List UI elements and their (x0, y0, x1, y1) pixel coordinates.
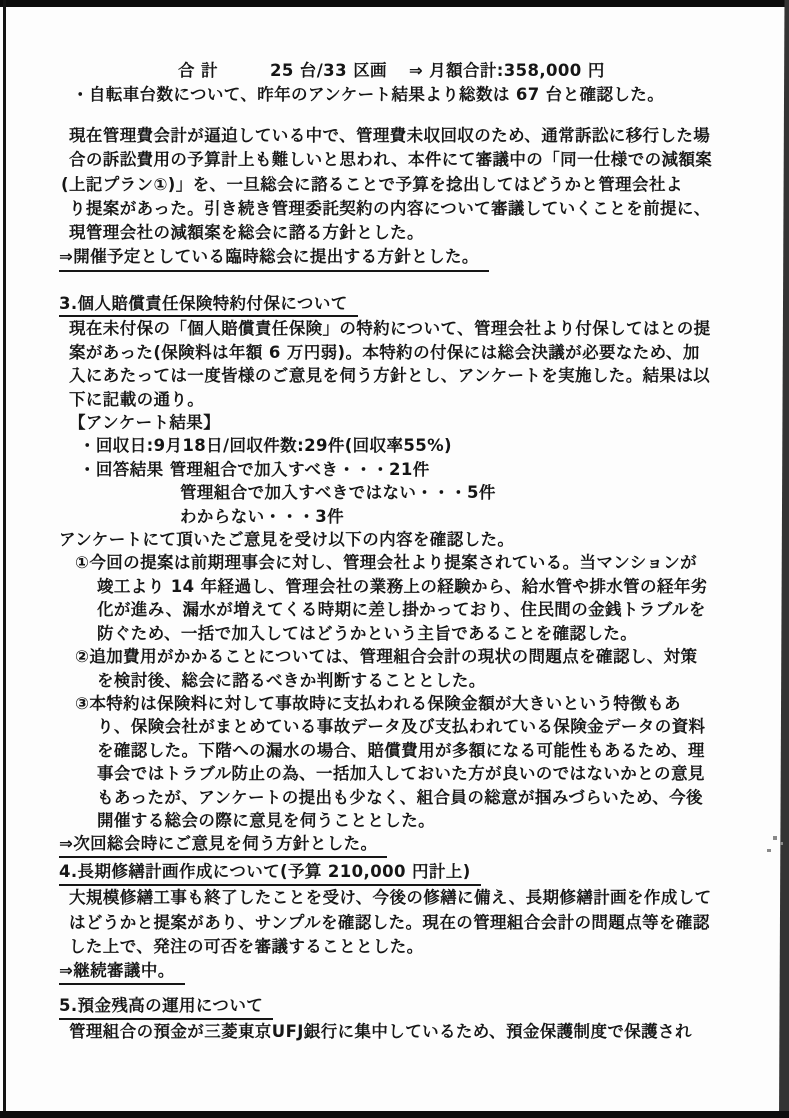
point3-line: ③本特約は保険料に対して事故時に支払われる保険金額が大きいという特徴もあ (6, 692, 777, 715)
summary-monthly-total: 月額合計:358,000 円 (429, 61, 605, 80)
point2-line: ②追加費用がかかることについては、管理組合会計の現状の問題点を確認し、対策 (6, 645, 777, 668)
item3-heading-line: 3.個人賠償責任保険特約付保について (6, 292, 777, 317)
item5-paragraph-line: 管理組合の預金が三菱東京UFJ銀行に集中しているため、預金保護制度で保護され (6, 1020, 777, 1044)
bicycle-note-line: ・自転車台数について、昨年のアンケート結果より総数は 67 台と確認した。 (6, 83, 777, 107)
summary-label: 合 計 (178, 61, 218, 80)
summary-count: 25 台/33 区画 (270, 61, 387, 80)
item4-resolution-text: ⇒継続審議中。 (59, 959, 185, 985)
item4-paragraph-line: した上で、発注の可否を審議することとした。 (6, 935, 777, 959)
item4-heading-line: 4.長期修繕計画作成について(予算 210,000 円計上) (6, 860, 777, 886)
item5-heading: 5.預金残高の運用について (59, 994, 273, 1020)
scan-edge-bottom (0, 1111, 789, 1118)
scan-edge-right (779, 0, 789, 1118)
item2-paragraph-line: り提案があった。引き続き管理委託契約の内容について審議していくことを前提に、 (6, 197, 777, 221)
point1-line: 竣工より 14 年経過し、管理会社の業務上の経験から、給水管や排水管の経年劣 (6, 575, 777, 598)
scan-artifact-dot (780, 842, 783, 845)
item3-intro-line: 下に記載の通り。 (6, 388, 777, 411)
survey-collection-line: ・回収日:9月18日/回収件数:29件(回収率55%) (6, 434, 777, 457)
item5-heading-line: 5.預金残高の運用について (6, 994, 777, 1020)
point3-line: り、保険会社がまとめている事故データ及び支払われている保険金データの資料 (6, 715, 777, 738)
item2-paragraph-line: 合の訴訟費用の予算計上も難しいと思われ、本件にて審議中の「同一仕様での減額案 (6, 148, 777, 172)
item4-heading: 4.長期修繕計画作成について(予算 210,000 円計上) (59, 860, 481, 886)
summary-arrow: ⇒ (409, 61, 423, 80)
scan-edge-top (0, 0, 789, 7)
item2-paragraph-line: 現在管理費会計が逼迫している中で、管理費未収回収のため、通常訴訟に移行した場 (6, 124, 777, 148)
item2-block: 現在管理費会計が逼迫している中で、管理費未収回収のため、通常訴訟に移行した場 合… (6, 124, 777, 272)
survey-feedback-intro-line: アンケートにて頂いたご意見を受け以下の内容を確認した。 (6, 528, 777, 551)
point3-line: を確認した。下階への漏水の場合、賠償費用が多額になる可能性もあるため、理 (6, 739, 777, 762)
item4-block: 4.長期修繕計画作成について(予算 210,000 円計上) 大規模修繕工事も終… (6, 860, 777, 985)
point3-line: もあったが、アンケートの提出も少なく、組合員の総意が掴みづらいため、今後 (6, 786, 777, 809)
item3-resolution-text: ⇒次回総会時にご意見を伺う方針とした。 (59, 832, 387, 857)
item2-resolution-line: ⇒開催予定としている臨時総会に提出する方針とした。 (6, 245, 777, 271)
scanned-document-page: 合 計25 台/33 区画⇒月額合計:358,000 円 ・自転車台数について、… (0, 0, 789, 1118)
point1-line: 化が進み、漏水が増えてくる時期に差し掛かっており、住民間の金銭トラブルを (6, 598, 777, 621)
point2-line: を検討後、総会に諮るべきか判断することとした。 (6, 669, 777, 692)
survey-result-header: 【アンケート結果】 (6, 411, 777, 434)
item3-intro-line: 現在未付保の「個人賠償責任保険」の特約について、管理会社より付保してはとの提 (6, 317, 777, 340)
item5-block: 5.預金残高の運用について 管理組合の預金が三菱東京UFJ銀行に集中しているため… (6, 994, 777, 1045)
item2-resolution-text: ⇒開催予定としている臨時総会に提出する方針とした。 (59, 245, 489, 271)
item4-paragraph-line: 大規模修繕工事も終了したことを受け、今後の修繕に備え、長期修繕計画を作成して (6, 886, 777, 910)
point1-line: 防ぐため、一括で加入してはどうかという主旨であることを確認した。 (6, 622, 777, 645)
survey-answer-line: ・回答結果 管理組合で加入すべき・・・21件 (6, 458, 777, 481)
summary-block: 合 計25 台/33 区画⇒月額合計:358,000 円 ・自転車台数について、… (6, 59, 777, 108)
item2-paragraph-line: (上記プラン①)」を、一旦総会に諮ることで予算を捻出してはどうかと管理会社よ (6, 173, 777, 197)
item3-block: 3.個人賠償責任保険特約付保について 現在未付保の「個人賠償責任保険」の特約につ… (6, 292, 777, 858)
item3-heading: 3.個人賠償責任保険特約付保について (59, 292, 358, 317)
survey-answer-wrap-line: わからない・・・3件 (6, 505, 777, 528)
point3-line: 開催する総会の際に意見を伺うこととした。 (6, 809, 777, 832)
item4-resolution-line: ⇒継続審議中。 (6, 959, 777, 985)
point3-line: 事会ではトラブル防止の為、一括加入しておいた方が良いのではないかとの意見 (6, 762, 777, 785)
item4-paragraph-line: はどうかと提案があり、サンプルを確認した。現在の管理組合会計の問題点等を確認 (6, 911, 777, 935)
item3-intro-line: 案があった(保険料は年額 6 万円弱)。本特約の付保には総会決議が必要なため、加 (6, 341, 777, 364)
item3-intro-line: 入にあたっては一度皆様のご意見を伺う方針とし、アンケートを実施した。結果は以 (6, 364, 777, 387)
point1-line: ①今回の提案は前期理事会に対し、管理会社より提案されている。当マンションが (6, 551, 777, 574)
survey-answer-wrap-line: 管理組合で加入すべきではない・・・5件 (6, 481, 777, 504)
item2-paragraph-line: 現管理会社の減額案を総会に諮る方針とした。 (6, 221, 777, 245)
item3-resolution-line: ⇒次回総会時にご意見を伺う方針とした。 (6, 832, 777, 857)
summary-line: 合 計25 台/33 区画⇒月額合計:358,000 円 (6, 59, 777, 83)
